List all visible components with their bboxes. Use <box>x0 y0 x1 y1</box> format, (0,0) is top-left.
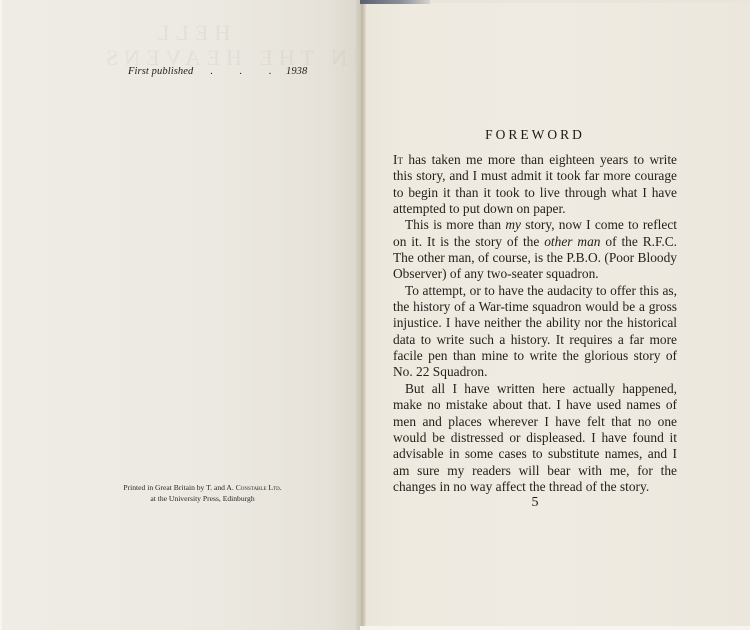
printer-name: Constable Ltd. <box>236 483 282 492</box>
page-bottom-edge <box>360 626 750 630</box>
printer-line-1: Printed in Great Britain by T. and A. Co… <box>80 482 325 493</box>
paragraph-text: has taken me more than eighteen years to… <box>393 152 677 216</box>
paragraph-3: To attempt, or to have the audacity to o… <box>393 283 677 381</box>
paragraph-text: To attempt, or to have the audacity to o… <box>393 283 677 380</box>
paragraph-text: This is more than <box>405 217 505 232</box>
first-published-line: First published . . . 1938 <box>128 66 307 77</box>
paragraph-2: This is more than my story, now I come t… <box>393 217 677 282</box>
book-spread: HELL IN THE HEAVENS First published . . … <box>0 0 750 630</box>
left-page: HELL IN THE HEAVENS <box>0 0 361 630</box>
printer-text: Printed in Great Britain by T. and A. <box>123 483 235 492</box>
paragraph-1: It has taken me more than eighteen years… <box>393 152 677 217</box>
foreword-body: It has taken me more than eighteen years… <box>393 152 677 495</box>
lead-small-caps: It <box>393 152 403 167</box>
paragraph-4: But all I have written here actually hap… <box>393 381 677 495</box>
leader-dots: . . . <box>210 66 283 77</box>
show-through-text: HELL <box>150 20 230 46</box>
first-published-label: First published <box>128 66 193 77</box>
chapter-title: FOREWORD <box>393 127 677 143</box>
background-edge <box>360 0 430 4</box>
printer-imprint: Printed in Great Britain by T. and A. Co… <box>80 482 325 504</box>
paragraph-text: But all I have written here actually hap… <box>393 381 677 494</box>
italic-emphasis: my <box>505 217 521 232</box>
page-number: 5 <box>393 495 677 511</box>
italic-emphasis: other man <box>544 234 600 249</box>
publication-year: 1938 <box>286 66 307 77</box>
printer-line-2: at the University Press, Edinburgh <box>80 493 325 504</box>
